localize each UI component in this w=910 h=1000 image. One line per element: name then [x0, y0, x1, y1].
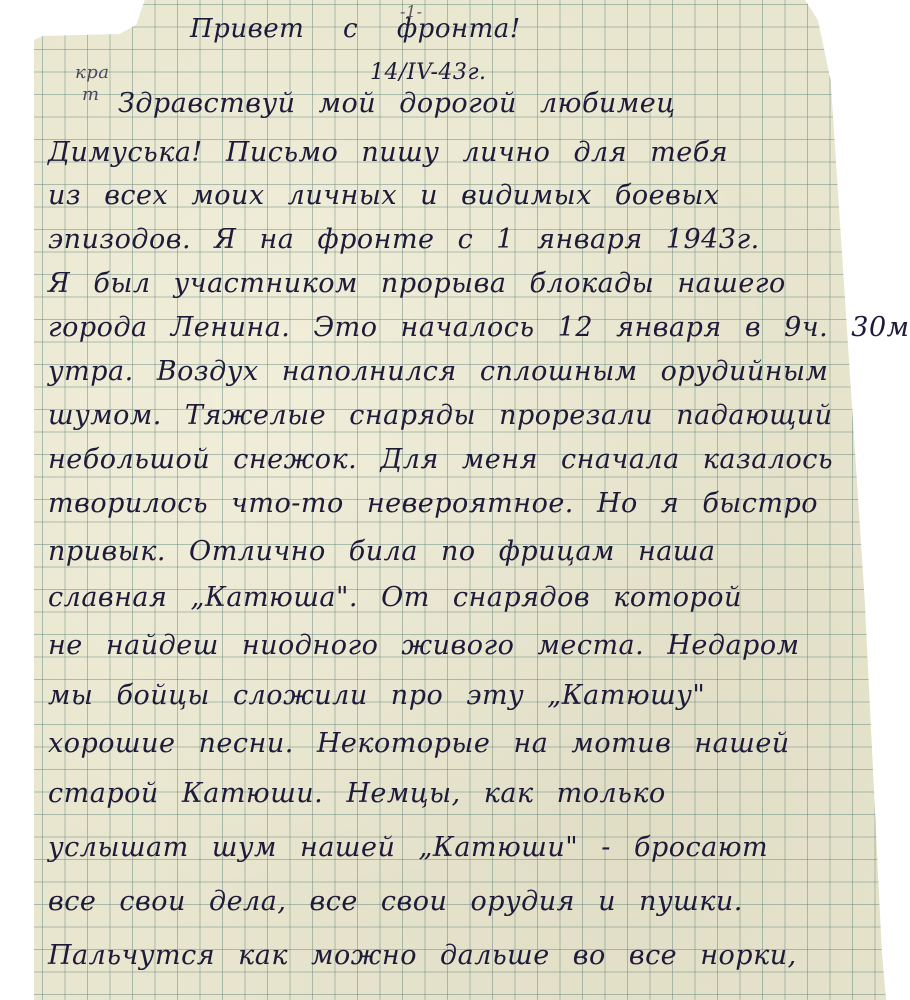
- letter-title: Привет с фронта!: [190, 14, 521, 44]
- letter-line: небольшой снежок. Для меня сначала казал…: [48, 444, 833, 475]
- letter-line: хорошие песни. Некоторые на мотив нашей: [48, 728, 790, 759]
- letter-line: услышат шум нашей „Катюши" - бросают: [48, 832, 768, 863]
- letter-line: славная „Катюша". От снарядов которой: [48, 582, 742, 613]
- letter-line: эпизодов. Я на фронте с 1 января 1943г.: [48, 224, 760, 255]
- letter-date: 14/IV-43г.: [370, 60, 487, 85]
- letter-line: Я был участником прорыва блокады нашего: [48, 268, 786, 299]
- letter-line: привык. Отлично била по фрицам наша: [48, 536, 716, 567]
- letter-line: из всех моих личных и видимых боевых: [48, 180, 720, 211]
- letter-line: творилось что-то невероятное. Но я быстр…: [48, 488, 818, 519]
- margin-note: кра: [75, 62, 110, 83]
- letter-line: Здравствуй мой дорогой любимец: [118, 88, 676, 119]
- letter-line: старой Катюши. Немцы, как только: [48, 778, 666, 809]
- letter-line: шумом. Тяжелые снаряды прорезали падающи…: [48, 400, 833, 431]
- letter-line: Димуська! Письмо пишу лично для тебя: [48, 137, 728, 168]
- letter-line: все свои дела, все свои орудия и пушки.: [48, 886, 743, 917]
- letter-line: города Ленина. Это началось 12 января в …: [48, 312, 910, 343]
- letter-line: мы бойцы сложили про эту „Катюшу": [48, 680, 705, 711]
- letter-line: не найдеш ниодного живого места. Недаром: [48, 630, 799, 661]
- letter-line: Пальчутся как можно дальше во все норки,: [48, 940, 797, 971]
- letter-line: утра. Воздух наполнился сплошным орудийн…: [48, 356, 828, 387]
- margin-mark: т: [82, 84, 100, 105]
